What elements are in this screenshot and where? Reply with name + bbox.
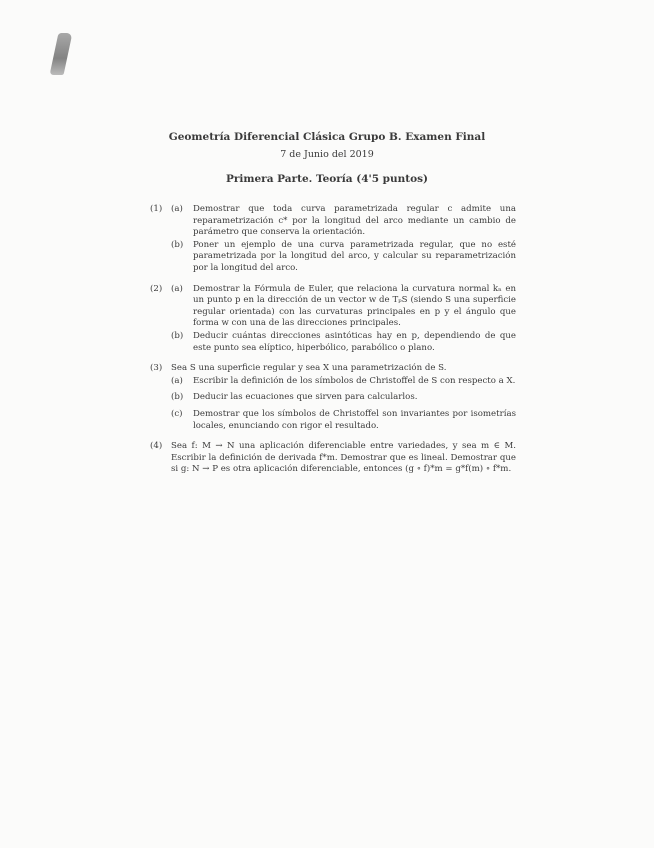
question-part: (a) Demostrar la Fórmula de Euler, que r… [171, 284, 516, 330]
part-text: Demostrar la Fórmula de Euler, que relac… [193, 284, 516, 329]
part-label: (b) [171, 331, 183, 343]
question-number: (1) [150, 204, 162, 216]
part-text: Demostrar que toda curva parametrizada r… [193, 204, 516, 237]
question-3: (3) Sea S una superficie regular y sea X… [150, 363, 516, 432]
part-text: Poner un ejemplo de una curva parametriz… [193, 240, 516, 273]
question-text: Sea f: M → N una aplicación diferenciabl… [171, 441, 516, 476]
question-part: (a) Demostrar que toda curva parametriza… [171, 204, 516, 239]
question-part: (b) Deducir las ecuaciones que sirven pa… [171, 392, 516, 404]
question-part: (b) Poner un ejemplo de una curva parame… [171, 240, 516, 275]
part-label: (a) [171, 376, 183, 388]
part-label: (c) [171, 409, 183, 421]
part-text: Deducir cuántas direcciones asintóticas … [193, 331, 516, 353]
question-number: (4) [150, 441, 162, 453]
question-part: (b) Deducir cuántas direcciones asintóti… [171, 331, 516, 354]
part-label: (a) [171, 284, 183, 296]
question-number: (2) [150, 284, 162, 296]
question-4: (4) Sea f: M → N una aplicación diferenc… [150, 441, 516, 476]
question-2: (2) (a) Demostrar la Fórmula de Euler, q… [150, 284, 516, 355]
question-number: (3) [150, 363, 162, 375]
part-label: (b) [171, 240, 183, 252]
exam-date: 7 de Junio del 2019 [0, 149, 654, 160]
part-text: Demostrar que los símbolos de Christoffe… [193, 409, 516, 431]
part-label: (a) [171, 204, 183, 216]
scan-smudge-mark [50, 33, 73, 75]
part-text: Escribir la definición de los símbolos d… [193, 376, 515, 386]
section-heading: Primera Parte. Teoría (4'5 puntos) [0, 173, 654, 185]
question-intro: Sea S una superficie regular y sea X una… [171, 363, 516, 375]
part-label: (b) [171, 392, 183, 404]
question-1: (1) (a) Demostrar que toda curva paramet… [150, 204, 516, 275]
exam-title: Geometría Diferencial Clásica Grupo B. E… [0, 131, 654, 143]
question-list: (1) (a) Demostrar que toda curva paramet… [150, 204, 516, 485]
question-part: (c) Demostrar que los símbolos de Christ… [171, 409, 516, 432]
part-text: Deducir las ecuaciones que sirven para c… [193, 392, 417, 402]
question-part: (a) Escribir la definición de los símbol… [171, 376, 516, 388]
